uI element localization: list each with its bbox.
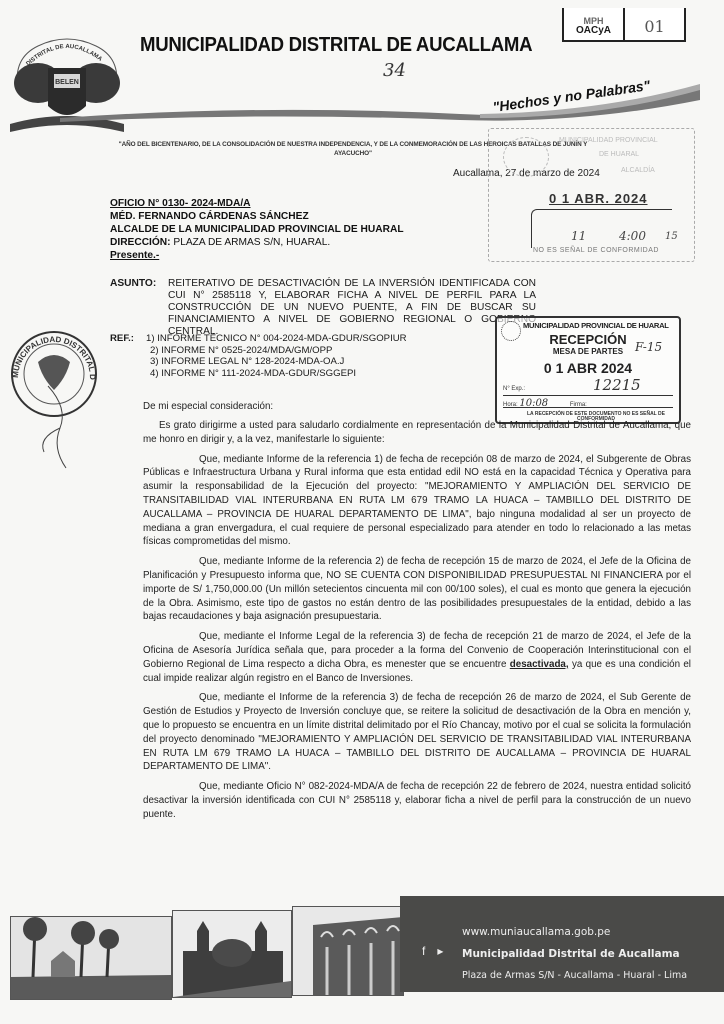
social-links: f ▸ [422,944,443,958]
body-paragraph: Que, mediante el Informe de la referenci… [143,691,691,774]
plaza-photo [10,916,172,1000]
stamp-date: 0 1 ABR 2024 [497,360,679,376]
footer-address: Plaza de Armas S/N - Aucallama - Huaral … [462,970,724,981]
organization-title: MUNICIPALIDAD DISTRITAL DE AUCALLAMA [140,34,532,57]
footer-website[interactable]: www.muniaucallama.gob.pe [462,926,610,938]
addressee-position: ALCALDE DE LA MUNICIPALIDAD PROVINCIAL D… [110,223,404,236]
oficio-number: OFICIO N° 0130- 2024-MDA/A [110,197,404,210]
stamp-date: 0 1 ABR. 2024 [549,191,648,206]
salutation: De mi especial consideración: [143,401,273,412]
church-photo [172,910,292,998]
registry-handwritten-cell: 01 [625,8,684,40]
body-paragraph: Que, mediante Oficio N° 082-2024-MDA/A d… [143,780,691,821]
colonial-building-photo [292,906,404,996]
facebook-icon[interactable]: f [422,944,425,958]
body-paragraph: Que, mediante Informe de la referencia 1… [143,453,691,550]
registry-office-cell: MPH OACyA [564,8,625,40]
faded-seal-icon [503,137,549,177]
reference-item: 4) INFORME N° 111-2024-MDA-GDUR/SGGEPI [146,368,446,380]
youtube-icon[interactable]: ▸ [437,944,443,958]
document-page: BELEN DISTRITAL DE AUCALLAMA MUNICIPALID… [0,0,724,1024]
addressee-name: MÉD. FERNANDO CÁRDENAS SÁNCHEZ [110,210,404,223]
registry-box: MPH OACyA 01 [562,8,686,42]
district-seal-with-signature: MUNICIPALIDAD DISTRITAL DE AUCALLAMA [8,328,104,476]
addressee-address: PLAZA DE ARMAS S/N, HUARAL. [173,237,330,248]
body-paragraph: Que, mediante el Informe Legal de la ref… [143,630,691,685]
footer-org-name: Municipalidad Distrital de Aucallama [462,948,680,960]
footer-banner: f ▸ www.muniaucallama.gob.pe Municipalid… [10,896,724,1002]
presente: Presente.- [110,249,404,262]
addressee-block: OFICIO N° 0130- 2024-MDA/A MÉD. FERNANDO… [110,197,404,262]
receipt-stamp-mesa-de-partes: MUNICIPALIDAD PROVINCIAL DE HUARAL RECEP… [495,316,681,424]
reference-item: 2) INFORME N° 0525-2024/MDA/GM/OPP [146,345,446,357]
handwritten-page-number: 34 [383,60,406,81]
subject-text: REITERATIVO DE DESACTIVACIÓN DE LA INVER… [168,278,536,338]
emphasis-desactivada: desactivada, [510,659,569,670]
reference-item: 3) INFORME LEGAL N° 128-2024-MDA-OA.J [146,356,446,368]
body-paragraph: Que, mediante Informe de la referencia 2… [143,555,691,624]
body-paragraph: Es grato dirigirme a usted para saludarl… [143,419,691,447]
receipt-stamp-alcaldia: MUNICIPALIDAD PROVINCIAL DE HUARAL ALCAL… [488,128,695,262]
reference-item: 1) INFORME TÉCNICO N° 004-2024-MDA-GDUR/… [146,333,446,345]
letter-body: Es grato dirigirme a usted para saludarl… [143,419,691,828]
